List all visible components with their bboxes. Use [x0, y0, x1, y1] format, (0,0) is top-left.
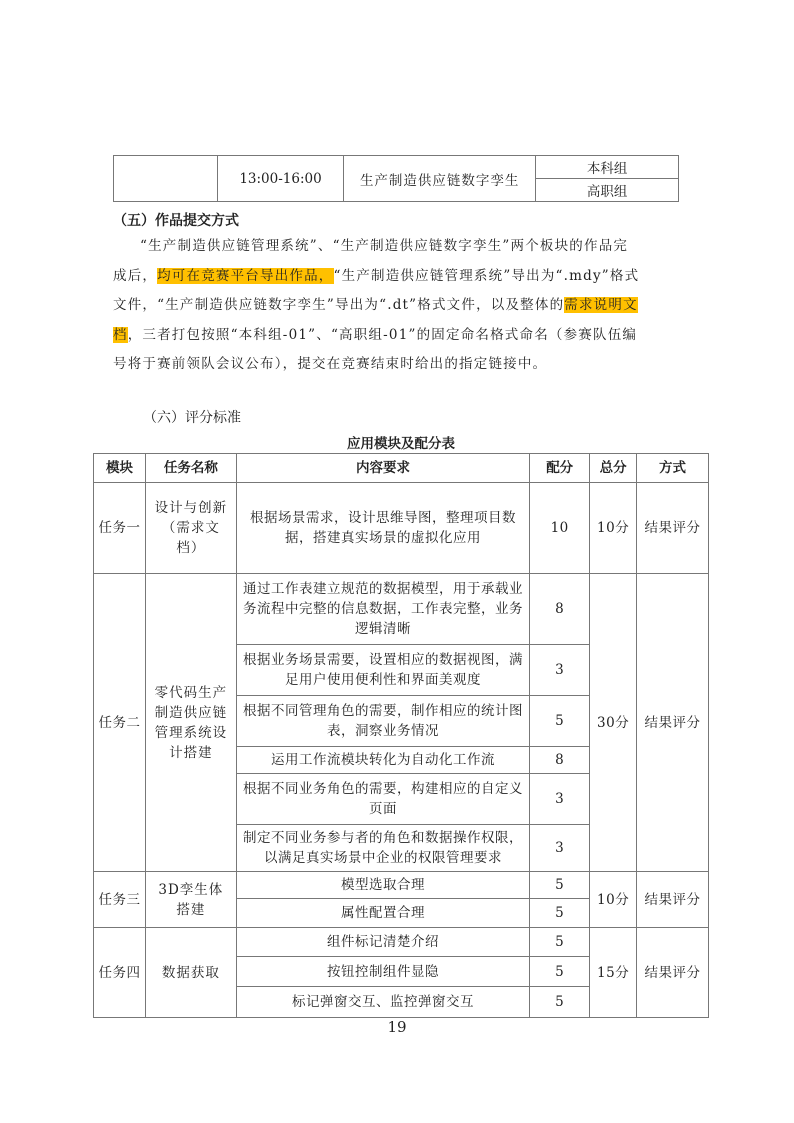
- score-cell: 5: [530, 928, 590, 957]
- content-cell: 制定不同业务参与者的角色和数据操作权限，以满足真实场景中企业的权限管理要求: [236, 825, 529, 872]
- highlighted-text: 需求说明文: [564, 297, 638, 313]
- content-cell: 属性配置合理: [236, 899, 529, 928]
- paragraph-line: 成后，均可在竞赛平台导出作品，“生产制造供应链管理系统”导出为“.mdy”格式: [113, 262, 639, 292]
- score-cell: 3: [530, 774, 590, 825]
- method-cell: 结果评分: [637, 928, 709, 1018]
- content-cell: 按钮控制组件显隐: [236, 957, 529, 987]
- column-header: 方式: [637, 454, 709, 483]
- score-cell: 8: [530, 574, 590, 645]
- content-cell: 组件标记清楚介绍: [236, 928, 529, 957]
- highlighted-text: 均可在竞赛平台导出作品，: [157, 268, 333, 284]
- schedule-group: 本科组: [536, 156, 679, 179]
- column-header: 模块: [94, 454, 146, 483]
- table-row: 任务三3D孪生体搭建模型选取合理510分结果评分: [94, 872, 709, 899]
- total-cell: 10分: [590, 872, 637, 928]
- score-cell: 5: [530, 899, 590, 928]
- table-header-row: 模块 任务名称 内容要求 配分 总分 方式: [94, 454, 709, 483]
- text-run: 成后，: [113, 268, 157, 284]
- schedule-module: 生产制造供应链数字孪生: [344, 156, 536, 202]
- content-cell: 根据不同管理角色的需要，制作相应的统计图表，洞察业务情况: [236, 696, 529, 747]
- column-header: 内容要求: [236, 454, 529, 483]
- total-cell: 10分: [590, 483, 637, 574]
- section5-body: “生产制造供应链管理系统”、“生产制造供应链数字孪生”两个板块的作品完成后，均可…: [113, 232, 639, 380]
- task-name-cell: 设计与创新（需求文档）: [145, 483, 236, 574]
- task-name-cell: 数据获取: [145, 928, 236, 1018]
- page-number: 19: [0, 1018, 794, 1036]
- method-cell: 结果评分: [637, 483, 709, 574]
- highlighted-text: 档: [113, 327, 128, 343]
- content-cell: 根据不同业务角色的需要，构建相应的自定义页面: [236, 774, 529, 825]
- score-cell: 5: [530, 987, 590, 1018]
- content-cell: 根据场景需求，设计思维导图，整理项目数据，搭建真实场景的虚拟化应用: [236, 483, 529, 574]
- score-cell: 8: [530, 747, 590, 774]
- content-cell: 模型选取合理: [236, 872, 529, 899]
- module-cell: 任务二: [94, 574, 146, 872]
- paragraph-line: “生产制造供应链管理系统”、“生产制造供应链数字孪生”两个板块的作品完: [113, 232, 639, 262]
- text-run: 文件，“生产制造供应链数字孪生”导出为“.dt”格式文件，以及整体的: [113, 297, 564, 313]
- total-cell: 30分: [590, 574, 637, 872]
- section5-heading: （五）作品提交方式: [113, 210, 239, 230]
- text-run: 号将于赛前领队会议公布），提交在竞赛结束时给出的指定链接中。: [113, 356, 547, 372]
- section6-heading: （六）评分标准: [143, 407, 241, 427]
- score-cell: 5: [530, 957, 590, 987]
- schedule-time: 13:00-16:00: [217, 156, 343, 202]
- content-cell: 通过工作表建立规范的数据模型，用于承载业务流程中完整的信息数据，工作表完整，业务…: [236, 574, 529, 645]
- module-cell: 任务一: [94, 483, 146, 574]
- paragraph-line: 号将于赛前领队会议公布），提交在竞赛结束时给出的指定链接中。: [113, 350, 639, 380]
- content-cell: 标记弹窗交互、监控弹窗交互: [236, 987, 529, 1018]
- module-cell: 任务四: [94, 928, 146, 1018]
- paragraph-line: 文件，“生产制造供应链数字孪生”导出为“.dt”格式文件，以及整体的需求说明文: [113, 291, 639, 321]
- schedule-empty-cell: [114, 156, 218, 202]
- task-name-cell: 3D孪生体搭建: [145, 872, 236, 928]
- score-cell: 3: [530, 825, 590, 872]
- score-cell: 10: [530, 483, 590, 574]
- table-row: 任务二零代码生产制造供应链管理系统设计搭建通过工作表建立规范的数据模型，用于承载…: [94, 574, 709, 645]
- table-title: 应用模块及配分表: [93, 432, 709, 452]
- content-cell: 根据业务场景需要，设置相应的数据视图，满足用户使用便利性和界面美观度: [236, 645, 529, 696]
- paragraph-line: 档，三者打包按照“本科组-01”、“高职组-01”的固定命名格式命名（参赛队伍编: [113, 321, 639, 351]
- scoring-table: 模块 任务名称 内容要求 配分 总分 方式 任务一设计与创新（需求文档）根据场景…: [93, 453, 709, 1018]
- method-cell: 结果评分: [637, 872, 709, 928]
- score-cell: 5: [530, 872, 590, 899]
- column-header: 任务名称: [145, 454, 236, 483]
- schedule-group: 高职组: [536, 179, 679, 202]
- column-header: 配分: [530, 454, 590, 483]
- module-cell: 任务三: [94, 872, 146, 928]
- method-cell: 结果评分: [637, 574, 709, 872]
- text-run: “生产制造供应链管理系统”、“生产制造供应链数字孪生”两个板块的作品完: [140, 238, 628, 254]
- task-name-cell: 零代码生产制造供应链管理系统设计搭建: [145, 574, 236, 872]
- text-run: “生产制造供应链管理系统”导出为“.mdy”格式: [334, 268, 640, 284]
- score-cell: 3: [530, 645, 590, 696]
- column-header: 总分: [590, 454, 637, 483]
- score-cell: 5: [530, 696, 590, 747]
- total-cell: 15分: [590, 928, 637, 1018]
- schedule-table: 13:00-16:00 生产制造供应链数字孪生 本科组 高职组: [113, 155, 679, 202]
- table-row: 任务四数据获取组件标记清楚介绍515分结果评分: [94, 928, 709, 957]
- text-run: ，三者打包按照“本科组-01”、“高职组-01”的固定命名格式命名（参赛队伍编: [128, 327, 637, 343]
- table-row: 任务一设计与创新（需求文档）根据场景需求，设计思维导图，整理项目数据，搭建真实场…: [94, 483, 709, 574]
- content-cell: 运用工作流模块转化为自动化工作流: [236, 747, 529, 774]
